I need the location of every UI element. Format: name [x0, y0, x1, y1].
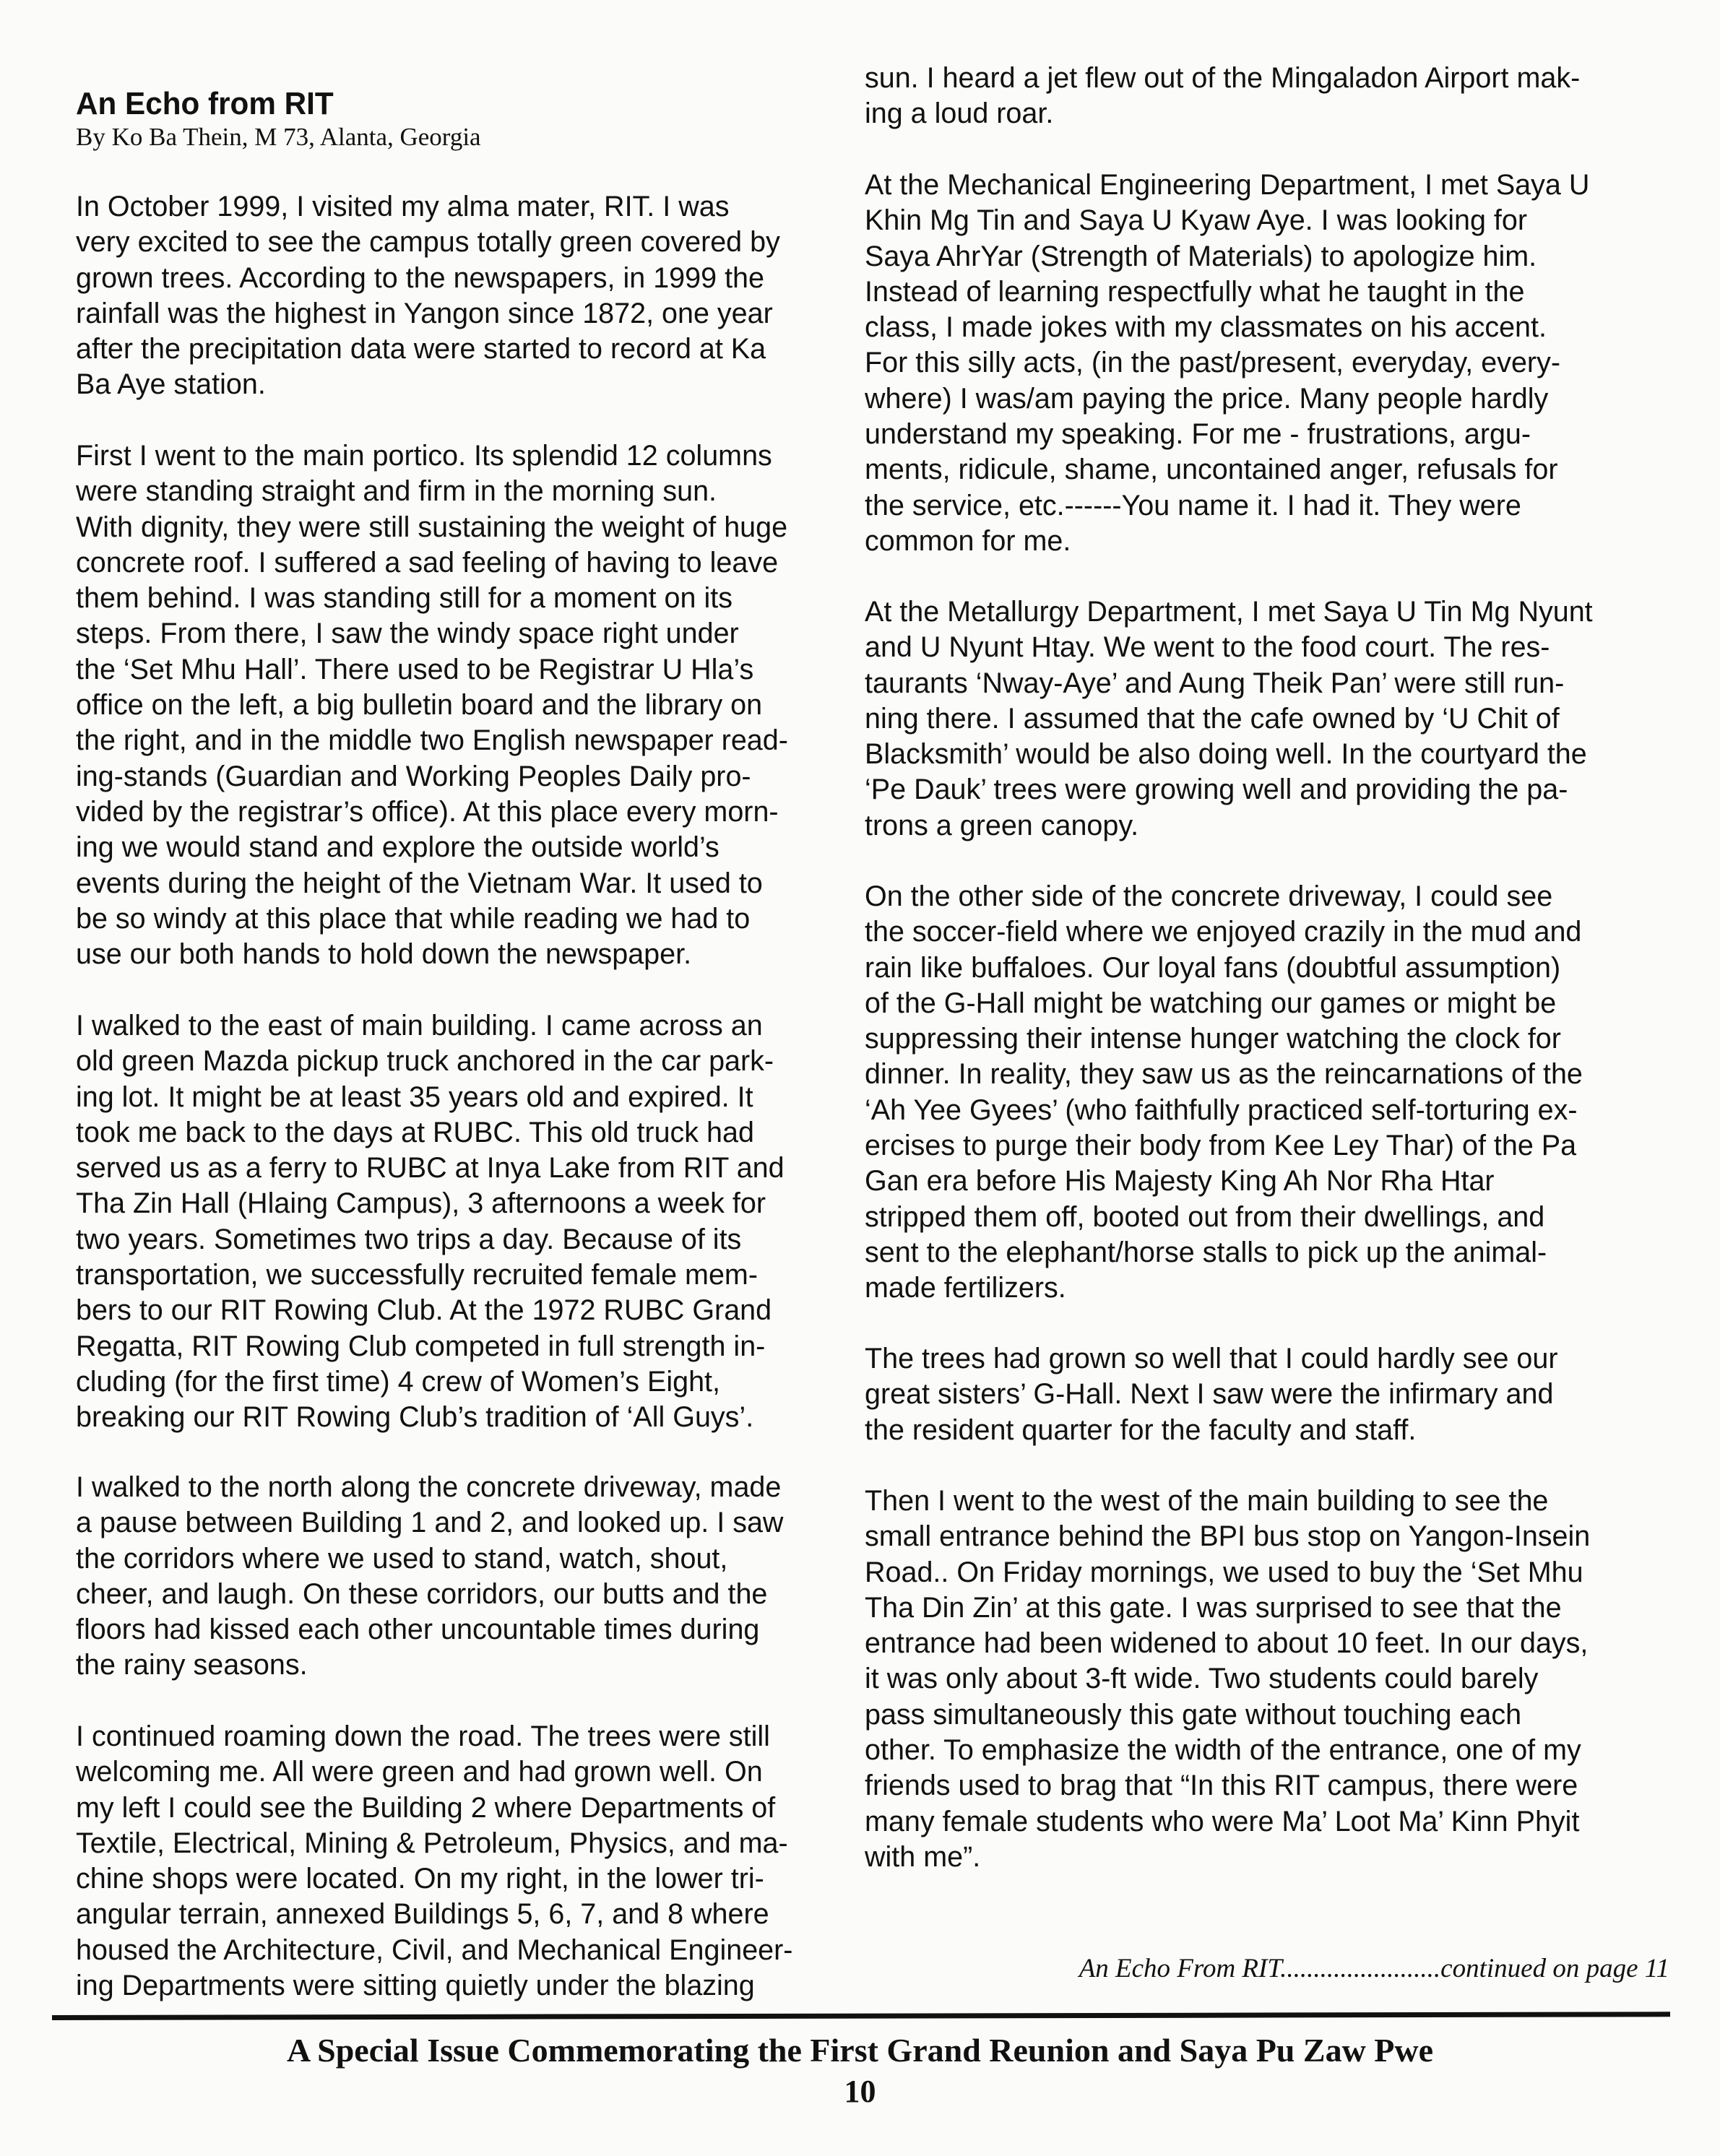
text-line: after the precipitation data were starte…	[76, 332, 780, 367]
text-line: made fertilizers.	[865, 1270, 1583, 1306]
text-line: Then I went to the west of the main buil…	[865, 1484, 1590, 1519]
text-line: Saya AhrYar (Strength of Materials) to a…	[865, 239, 1589, 274]
text-line: common for me.	[865, 524, 1589, 559]
text-line: my left I could see the Building 2 where…	[76, 1791, 792, 1826]
text-line: rainfall was the highest in Yangon since…	[76, 296, 780, 332]
paragraph: sun. I heard a jet flew out of the Minga…	[865, 61, 1580, 132]
page-number: 10	[0, 2073, 1720, 2110]
paragraph: The trees had grown so well that I could…	[865, 1341, 1558, 1448]
article-title: An Echo from RIT	[76, 85, 334, 123]
text-line: stripped them off, booted out from their…	[865, 1200, 1583, 1235]
paragraph: On the other side of the concrete drivew…	[865, 879, 1583, 1307]
paragraph: First I went to the main portico. Its sp…	[76, 438, 788, 972]
text-line: bers to our RIT Rowing Club. At the 1972…	[76, 1293, 785, 1328]
text-line: old green Mazda pickup truck anchored in…	[76, 1044, 785, 1079]
text-line: where) I was/am paying the price. Many p…	[865, 381, 1589, 417]
text-line: Blacksmith’ would be also doing well. In…	[865, 737, 1593, 772]
text-line: of the G-Hall might be watching our game…	[865, 986, 1583, 1021]
text-line: welcoming me. All were green and had gro…	[76, 1754, 792, 1790]
text-line: other. To emphasize the width of the ent…	[865, 1733, 1590, 1768]
text-line: On the other side of the concrete drivew…	[865, 879, 1583, 914]
text-line: concrete roof. I suffered a sad feeling …	[76, 545, 788, 581]
text-line: The trees had grown so well that I could…	[865, 1341, 1558, 1377]
text-line: the soccer-field where we enjoyed crazil…	[865, 914, 1583, 950]
text-line: the resident quarter for the faculty and…	[865, 1413, 1558, 1448]
text-line: ing Departments were sitting quietly und…	[76, 1968, 792, 2004]
text-line: Tha Zin Hall (Hlaing Campus), 3 afternoo…	[76, 1186, 785, 1221]
text-line: ‘Ah Yee Gyees’ (who faithfully practiced…	[865, 1093, 1583, 1128]
text-line: friends used to brag that “In this RIT c…	[865, 1768, 1590, 1804]
text-line: ing lot. It might be at least 35 years o…	[76, 1080, 785, 1115]
text-line: Gan era before His Majesty King Ah Nor R…	[865, 1164, 1583, 1199]
text-line: ning there. I assumed that the cafe owne…	[865, 701, 1593, 737]
text-line: the ‘Set Mhu Hall’. There used to be Reg…	[76, 652, 788, 688]
newsletter-page: An Echo from RIT By Ko Ba Thein, M 73, A…	[0, 0, 1720, 2156]
text-line: I walked to the north along the concrete…	[76, 1470, 783, 1505]
text-line: took me back to the days at RUBC. This o…	[76, 1115, 785, 1151]
text-line: floors had kissed each other uncountable…	[76, 1612, 783, 1648]
paragraph: At the Mechanical Engineering Department…	[865, 168, 1589, 559]
text-line: and U Nyunt Htay. We went to the food co…	[865, 630, 1593, 665]
text-line: the right, and in the middle two English…	[76, 723, 788, 758]
text-line: ing a loud roar.	[865, 96, 1580, 131]
text-line: with me”.	[865, 1840, 1590, 1875]
text-line: sent to the elephant/horse stalls to pic…	[865, 1235, 1583, 1270]
text-line: events during the height of the Vietnam …	[76, 866, 788, 901]
text-line: For this silly acts, (in the past/presen…	[865, 345, 1589, 381]
text-line: were standing straight and firm in the m…	[76, 474, 788, 509]
text-line: grown trees. According to the newspapers…	[76, 261, 780, 296]
text-line: Ba Aye station.	[76, 367, 780, 402]
text-line: a pause between Building 1 and 2, and lo…	[76, 1505, 783, 1541]
text-line: ing-stands (Guardian and Working Peoples…	[76, 759, 788, 795]
text-line: cluding (for the first time) 4 crew of W…	[76, 1364, 785, 1400]
text-line: Khin Mg Tin and Saya U Kyaw Aye. I was l…	[865, 203, 1589, 238]
text-line: transportation, we successfully recruite…	[76, 1257, 785, 1293]
text-line: the rainy seasons.	[76, 1648, 783, 1683]
paragraph: I continued roaming down the road. The t…	[76, 1719, 792, 2004]
text-line: office on the left, a big bulletin board…	[76, 688, 788, 723]
text-line: Regatta, RIT Rowing Club competed in ful…	[76, 1329, 785, 1364]
paragraph: Then I went to the west of the main buil…	[865, 1484, 1590, 1875]
text-line: rain like buffaloes. Our loyal fans (dou…	[865, 951, 1583, 986]
text-line: the service, etc.------You name it. I ha…	[865, 488, 1589, 524]
text-line: At the Mechanical Engineering Department…	[865, 168, 1589, 203]
text-line: chine shops were located. On my right, i…	[76, 1861, 792, 1897]
text-line: At the Metallurgy Department, I met Saya…	[865, 594, 1593, 630]
text-line: In October 1999, I visited my alma mater…	[76, 189, 780, 225]
text-line: With dignity, they were still sustaining…	[76, 510, 788, 545]
text-line: Textile, Electrical, Mining & Petroleum,…	[76, 1826, 792, 1861]
text-line: trons a green canopy.	[865, 808, 1593, 844]
text-line: ercises to purge their body from Kee Ley…	[865, 1128, 1583, 1164]
paragraph: I walked to the north along the concrete…	[76, 1470, 783, 1684]
text-line: sun. I heard a jet flew out of the Minga…	[865, 61, 1580, 96]
text-line: the corridors where we used to stand, wa…	[76, 1541, 783, 1577]
text-line: angular terrain, annexed Buildings 5, 6,…	[76, 1897, 792, 1932]
text-line: them behind. I was standing still for a …	[76, 581, 788, 616]
text-line: taurants ‘Nway-Aye’ and Aung Theik Pan’ …	[865, 666, 1593, 701]
text-line: ing we would stand and explore the outsi…	[76, 830, 788, 865]
text-line: I walked to the east of main building. I…	[76, 1008, 785, 1044]
text-line: very excited to see the campus totally g…	[76, 225, 780, 260]
footer-issue-title: A Special Issue Commemorating the First …	[0, 2031, 1720, 2069]
paragraph: In October 1999, I visited my alma mater…	[76, 189, 780, 403]
text-line: many female students who were Ma’ Loot M…	[865, 1804, 1590, 1840]
text-line: dinner. In reality, they saw us as the r…	[865, 1057, 1583, 1092]
paragraph: At the Metallurgy Department, I met Saya…	[865, 594, 1593, 844]
text-line: vided by the registrar’s office). At thi…	[76, 795, 788, 830]
footer-rule-divider	[52, 2012, 1670, 2020]
text-line: I continued roaming down the road. The t…	[76, 1719, 792, 1754]
text-line: two years. Sometimes two trips a day. Be…	[76, 1222, 785, 1257]
text-line: cheer, and laugh. On these corridors, ou…	[76, 1577, 783, 1612]
text-line: First I went to the main portico. Its sp…	[76, 438, 788, 474]
text-line: served us as a ferry to RUBC at Inya Lak…	[76, 1151, 785, 1186]
text-line: suppressing their intense hunger watchin…	[865, 1021, 1583, 1057]
text-line: be so windy at this place that while rea…	[76, 901, 788, 937]
text-line: housed the Architecture, Civil, and Mech…	[76, 1933, 792, 1968]
continued-note: An Echo From RIT........................…	[1079, 1953, 1669, 1984]
text-line: breaking our RIT Rowing Club’s tradition…	[76, 1400, 785, 1435]
text-line: entrance had been widened to about 10 fe…	[865, 1626, 1590, 1661]
text-line: Tha Din Zin’ at this gate. I was surpris…	[865, 1590, 1590, 1626]
text-line: ‘Pe Dauk’ trees were growing well and pr…	[865, 772, 1593, 808]
text-line: use our both hands to hold down the news…	[76, 937, 788, 972]
text-line: great sisters’ G-Hall. Next I saw were t…	[865, 1377, 1558, 1412]
text-line: ments, ridicule, shame, uncontained ange…	[865, 452, 1589, 488]
text-line: class, I made jokes with my classmates o…	[865, 310, 1589, 345]
text-line: small entrance behind the BPI bus stop o…	[865, 1519, 1590, 1554]
paragraph: I walked to the east of main building. I…	[76, 1008, 785, 1436]
text-line: steps. From there, I saw the windy space…	[76, 616, 788, 651]
text-line: Instead of learning respectfully what he…	[865, 274, 1589, 310]
text-line: understand my speaking. For me - frustra…	[865, 417, 1589, 452]
text-line: it was only about 3-ft wide. Two student…	[865, 1661, 1590, 1697]
text-line: pass simultaneously this gate without to…	[865, 1697, 1590, 1733]
article-byline: By Ko Ba Thein, M 73, Alanta, Georgia	[76, 121, 481, 153]
text-line: Road.. On Friday mornings, we used to bu…	[865, 1555, 1590, 1590]
